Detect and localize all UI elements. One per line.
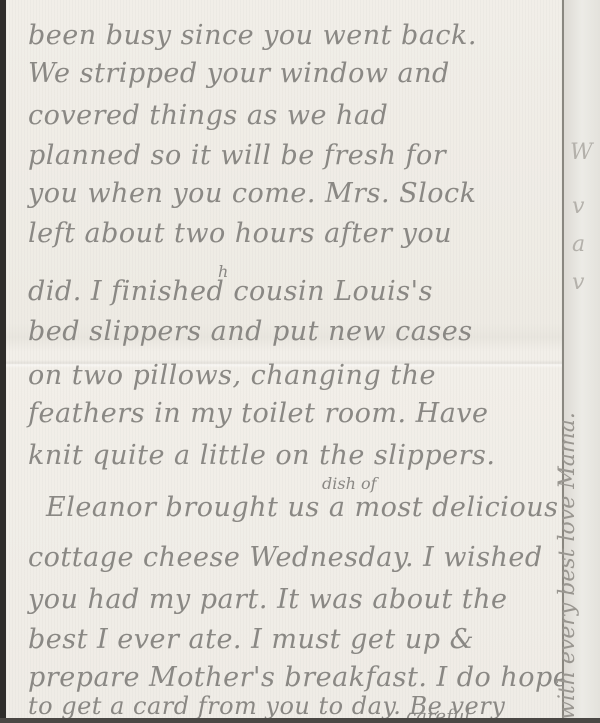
- adjacent-page-fragment: v: [572, 270, 584, 295]
- letter-line-15: best I ever ate. I must get up &: [28, 624, 474, 655]
- letter-line-1: been busy since you went back.: [28, 20, 477, 51]
- letter-line-5: you when you come. Mrs. Slock: [28, 178, 476, 209]
- letter-line-13: cottage cheese Wednesday. I wished: [28, 542, 543, 573]
- letter-line-3: covered things as we had: [28, 100, 388, 131]
- letter-line-8: bed slippers and put new cases: [28, 316, 473, 347]
- interlinear-insertion-dish-of: dish of: [322, 474, 377, 493]
- letter-line-9: on two pillows, changing the: [28, 360, 436, 391]
- letter-line-6: left about two hours after you: [28, 218, 452, 249]
- letter-line-12: Eleanor brought us a most delicious: [46, 492, 558, 523]
- letter-line-2: We stripped your window and: [28, 58, 450, 89]
- adjacent-page-fragment: W: [570, 140, 593, 165]
- margin-note-signature: with every best love Mama.: [555, 412, 580, 720]
- letter-line-14: you had my part. It was about the: [28, 584, 508, 615]
- letter-page: been busy since you went back. We stripp…: [6, 0, 564, 718]
- letter-line-11: knit quite a little on the slippers.: [28, 440, 495, 471]
- letter-line-7: did. I finished cousin Louis's: [28, 276, 433, 307]
- letter-line-4: planned so it will be fresh for: [28, 140, 446, 171]
- letter-line-10: feathers in my toilet room. Have: [28, 398, 489, 429]
- adjacent-page-fragment: v: [572, 194, 584, 219]
- scan-bottom-edge: [0, 718, 600, 723]
- adjacent-page-fragment: a: [572, 232, 585, 257]
- letter-line-16: prepare Mother's breakfast. I do hope: [28, 662, 569, 693]
